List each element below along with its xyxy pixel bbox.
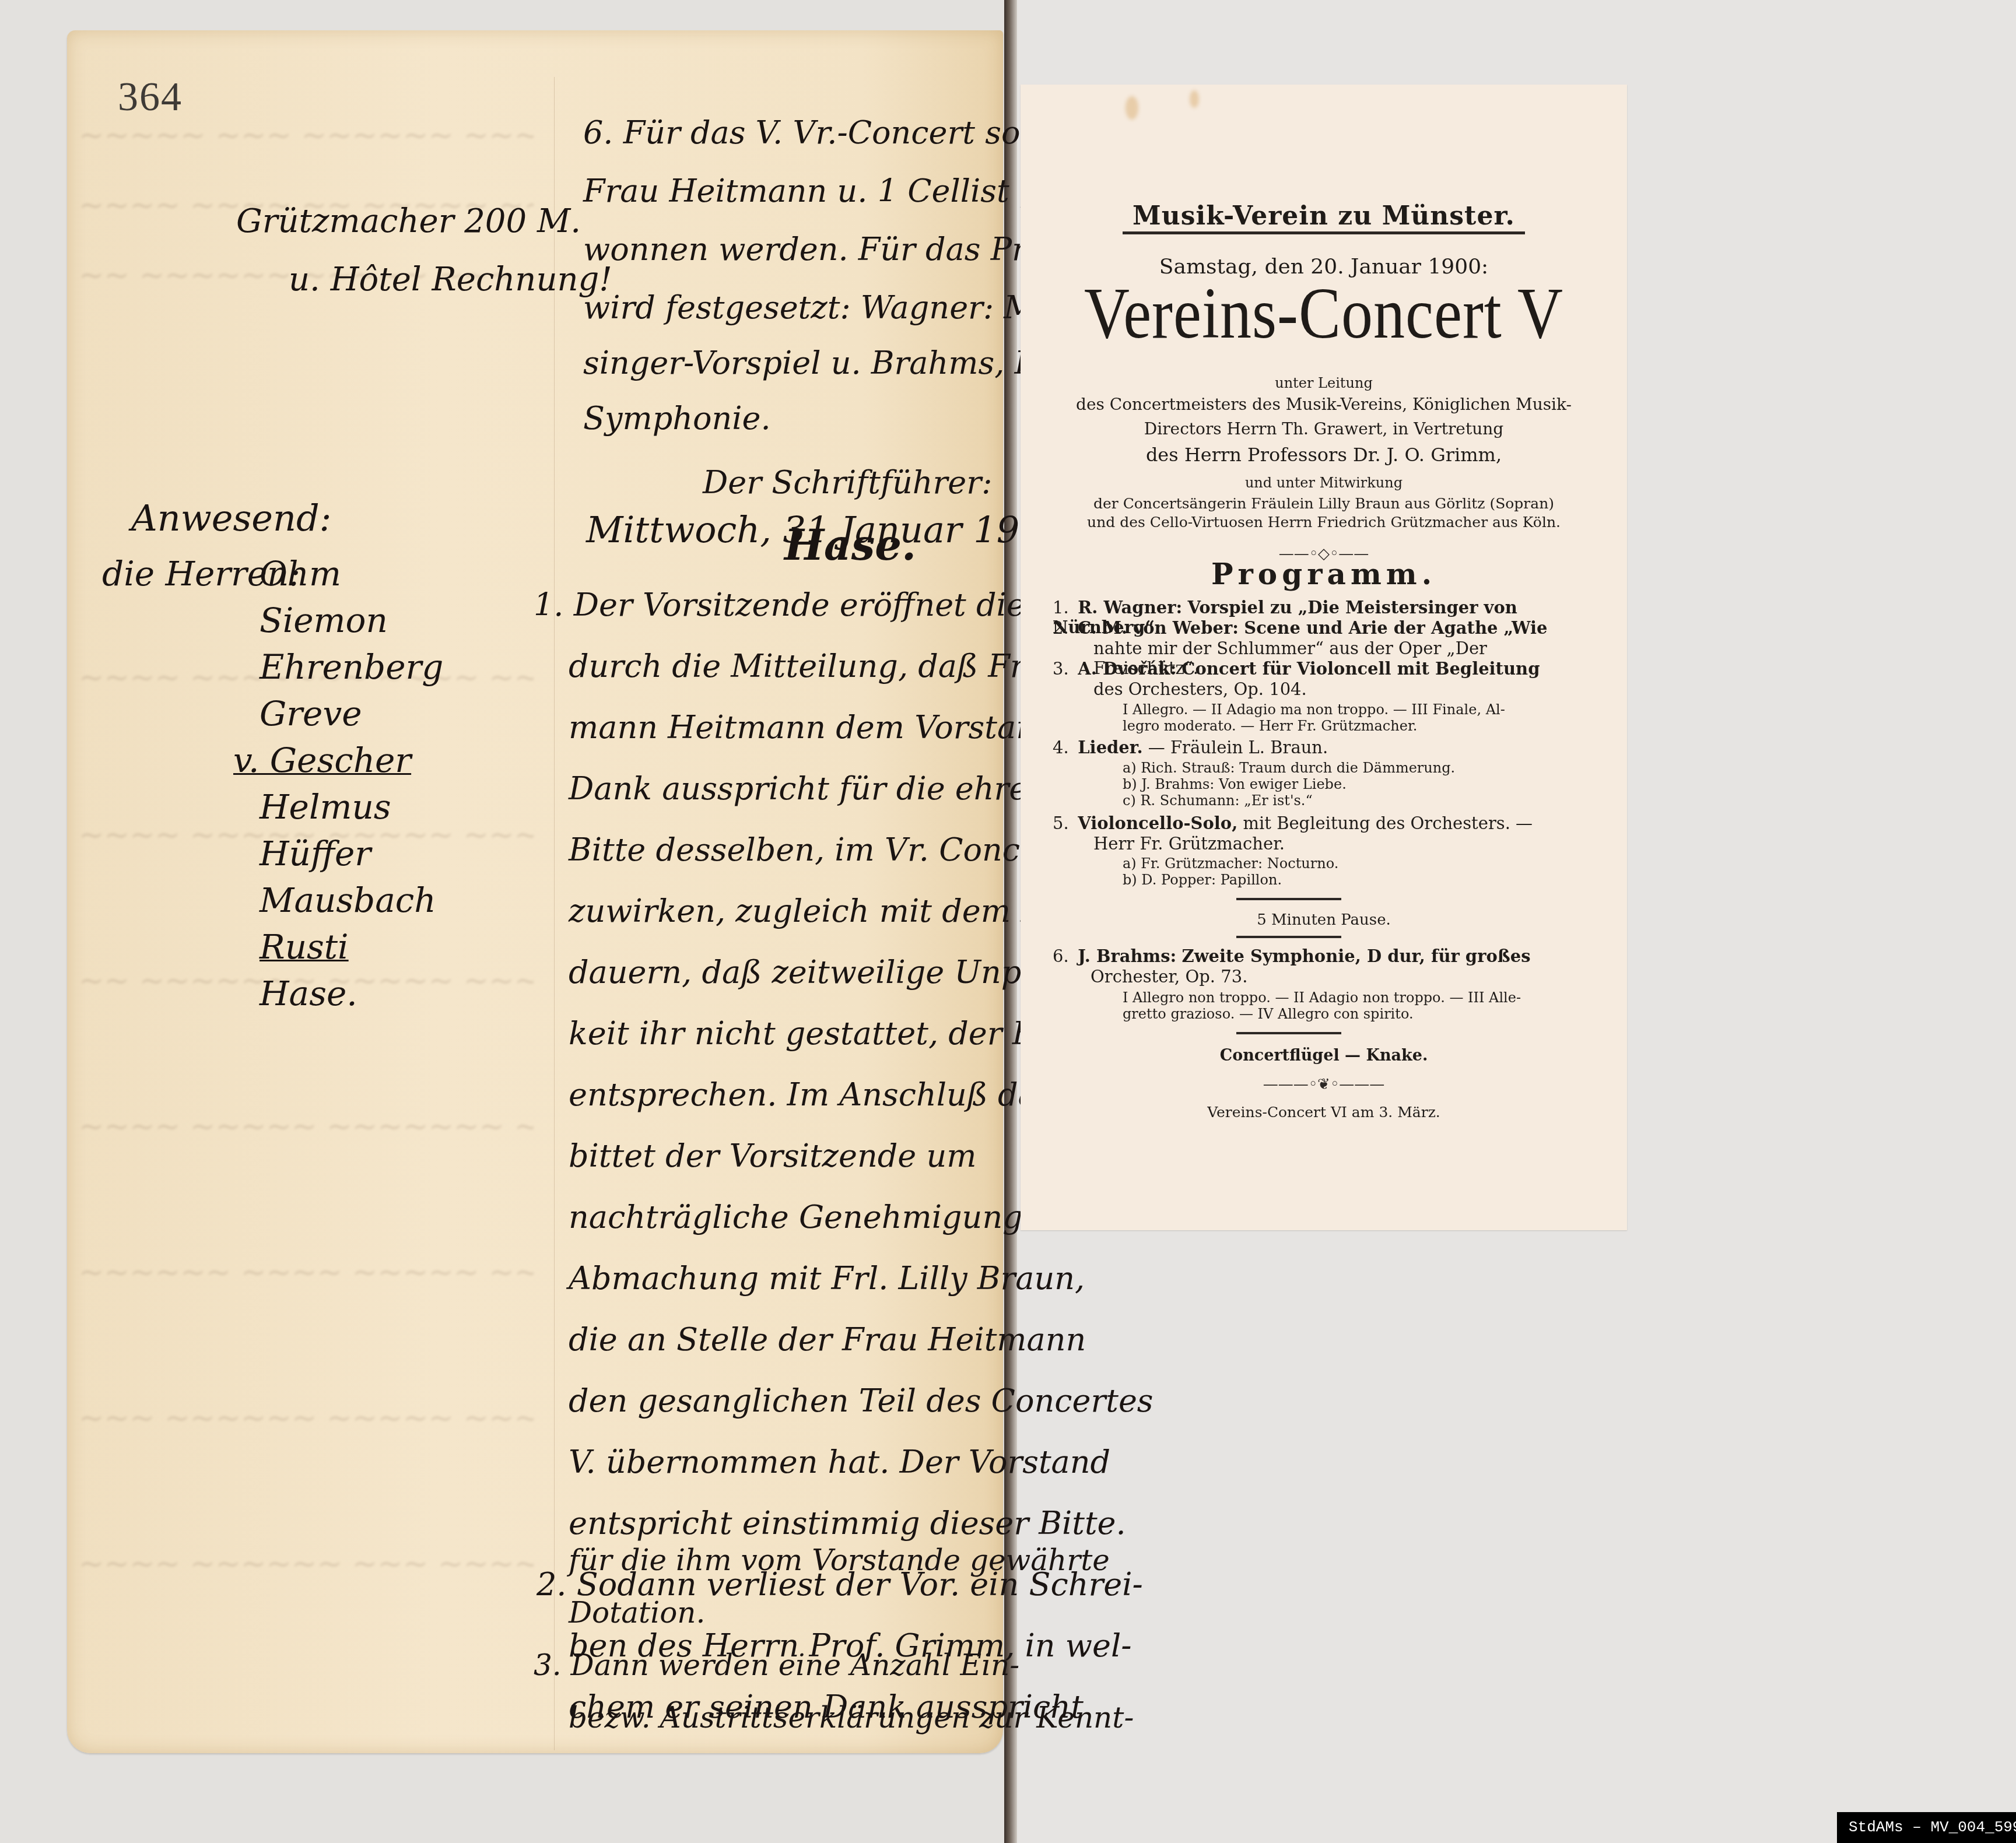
composer: A. Dvořák: [1078,659,1176,679]
secretary-title: Der Schriftführer: [703,450,992,515]
attendee-name: Rusti [260,922,349,971]
attendee-name: Mausbach [260,876,436,925]
movements-line: gretto grazioso. — IV Allegro con spirit… [1123,1006,1592,1022]
work: Concert für Violoncell mit Begleitung [1181,659,1540,679]
program-item-3-cont: des Orchesters, Op. 104. [1093,679,1595,699]
song-line: b) J. Brahms: Von ewiger Liebe. [1123,776,1592,792]
attendee-name: Hüffer [260,829,371,878]
program-item-2: 2. C. M. von Weber: Scene und Arie der A… [1053,618,1595,638]
conductor-line: des Concertmeisters des Musik-Vereins, K… [1044,395,1604,415]
item6-line: Frau Heitmann u. 1 Cellist ge- [583,159,1069,224]
ornament-divider: ———◦❦◦——— [1021,1076,1627,1093]
work: mit Begleitung des Orchesters. — [1243,813,1533,833]
program-item-5-cont: Herr Fr. Grützmacher. [1093,834,1595,854]
composer: Lieder. [1078,738,1142,757]
soloists-intro: und unter Mitwirkung [1044,474,1604,492]
soloist-line: und des Cello-Virtuosen Herrn Friedrich … [1044,514,1604,531]
intermission: 5 Minuten Pause. [1021,911,1627,929]
movements-line: I Allegro. — II Adagio ma non troppo. — … [1123,701,1592,718]
minutes-line: entsprechen. Im Anschluß daran [569,1062,1091,1128]
composer: R. Wagner: [1078,598,1182,617]
item6-line: Symphonie. [583,386,771,451]
minutes-line: V. übernommen hat. Der Vorstand [569,1430,1110,1495]
work: Scene und Arie der Agathe „Wie [1244,618,1547,638]
minutes-line: Abmachung mit Frl. Lilly Braun, [569,1246,1085,1311]
composer: C. M. von Weber: [1078,618,1239,638]
attendee-name: v. Gescher [233,736,411,785]
page-number: 364 [118,74,183,121]
minutes-line: zuwirken, zugleich mit dem Be- [569,879,1073,944]
piece-line: a) Fr. Grützmacher: Nocturno. [1123,855,1592,872]
bleed-through-text: ~~~~ ~~~~~ ~~~~~~~ ~~~ ~~~ [79,1109,534,1144]
attendee-name: Siemon [260,596,388,645]
movements-line: I Allegro non troppo. — II Adagio non tr… [1123,989,1592,1006]
piece-line: b) D. Popper: Papillon. [1123,872,1592,888]
program-item-4: 4. Lieder. — Fräulein L. Braun. [1053,738,1595,757]
attendance-heading: Anwesend: [131,497,331,539]
left-manuscript-page: ~~~~~ ~~~ ~~~~~~ ~~~~ ~~~ ~~~~ ~~~~ ~~ ~… [67,30,1003,1753]
foxing-stain [1126,96,1138,120]
attendee-name: Helmus [260,782,391,831]
minutes-line: die an Stelle der Frau Heitmann [569,1307,1086,1372]
program-heading: Programm. [1021,557,1627,591]
piano-credit: Concertflügel — Knake. [1021,1047,1627,1065]
minutes-line: bezw. Austrittserklärungen zur Kennt- [569,1685,1134,1750]
composer: J. Brahms: [1078,946,1176,966]
concert-program-sheet: Musik-Verein zu Münster. Samstag, den 20… [1021,85,1627,1230]
song-line: a) Rich. Strauß: Traum durch die Dämmeru… [1123,760,1592,776]
work: — Fräulein L. Braun. [1148,738,1328,757]
minutes-line: bittet der Vorsitzende um [569,1124,976,1189]
bleed-through-text: ~~~~~ ~~~ ~~~~~~ ~~~~ ~~~ [79,118,534,153]
item6-line: 6. Für das V. Vr.-Concert sollen [583,100,1079,166]
attendee-name: Ohm [260,549,341,598]
work: Zweite Symphonie, D dur, für großes [1181,946,1530,966]
title-rule [1123,231,1525,234]
attendee-name: Greve [260,689,362,738]
margin-note-line: u. Hôtel Rechnung! [289,261,612,299]
bleed-through-text: ~~~~ ~~~~~~ ~~~ ~~~~~ [79,1546,534,1581]
movements-line: legro moderato. — Herr Fr. Grützmacher. [1123,718,1592,734]
margin-note-line: Grützmacher 200 M. [236,202,581,240]
archive-label: StdAMs – MV_004_599 [1837,1812,2016,1843]
conductor-intro: unter Leitung [1044,374,1604,392]
divider-rule [1236,898,1341,900]
conductor-line: Directors Herrn Th. Grawert, in Vertretu… [1044,419,1604,439]
conductor-line: des Herrn Professors Dr. J. O. Grimm, [1044,445,1604,465]
margin-rule [554,77,555,1750]
attendee-name: Ehrenberg [260,643,443,691]
bleed-through-text: ~~~ ~~~~~~ ~~~~~ ~~~~~~~ ~ [79,1400,534,1435]
program-item-6: 6. J. Brahms: Zweite Symphonie, D dur, f… [1053,946,1595,966]
soloist-line: der Concertsängerin Fräulein Lilly Braun… [1044,495,1604,512]
song-line: c) R. Schumann: „Er ist's.“ [1123,792,1592,809]
attendee-name: Hase. [260,969,357,1018]
minutes-line: den gesanglichen Teil des Concertes [569,1368,1153,1434]
meeting-date: Mittwoch, 31 Januar 1900 [586,508,1065,551]
next-concert: Vereins-Concert VI am 3. März. [1021,1104,1627,1121]
concert-title: Vereins-Concert V [1021,273,1627,356]
program-item-6-cont: Orchester, Op. 73. [1091,967,1595,987]
program-item-5: 5. Violoncello-Solo, mit Begleitung des … [1053,813,1595,833]
foxing-stain [1190,90,1199,108]
program-item-3: 3. A. Dvořák: Concert für Violoncell mit… [1053,659,1595,679]
society-name: Musik-Verein zu Münster. [1021,201,1627,231]
divider-rule [1236,1032,1341,1034]
bleed-through-text: ~~~~~~ ~~~~ ~~~~~ ~~~~ ~~~ [79,1255,534,1290]
composer: Violoncello-Solo, [1078,813,1237,833]
divider-rule [1236,936,1341,938]
